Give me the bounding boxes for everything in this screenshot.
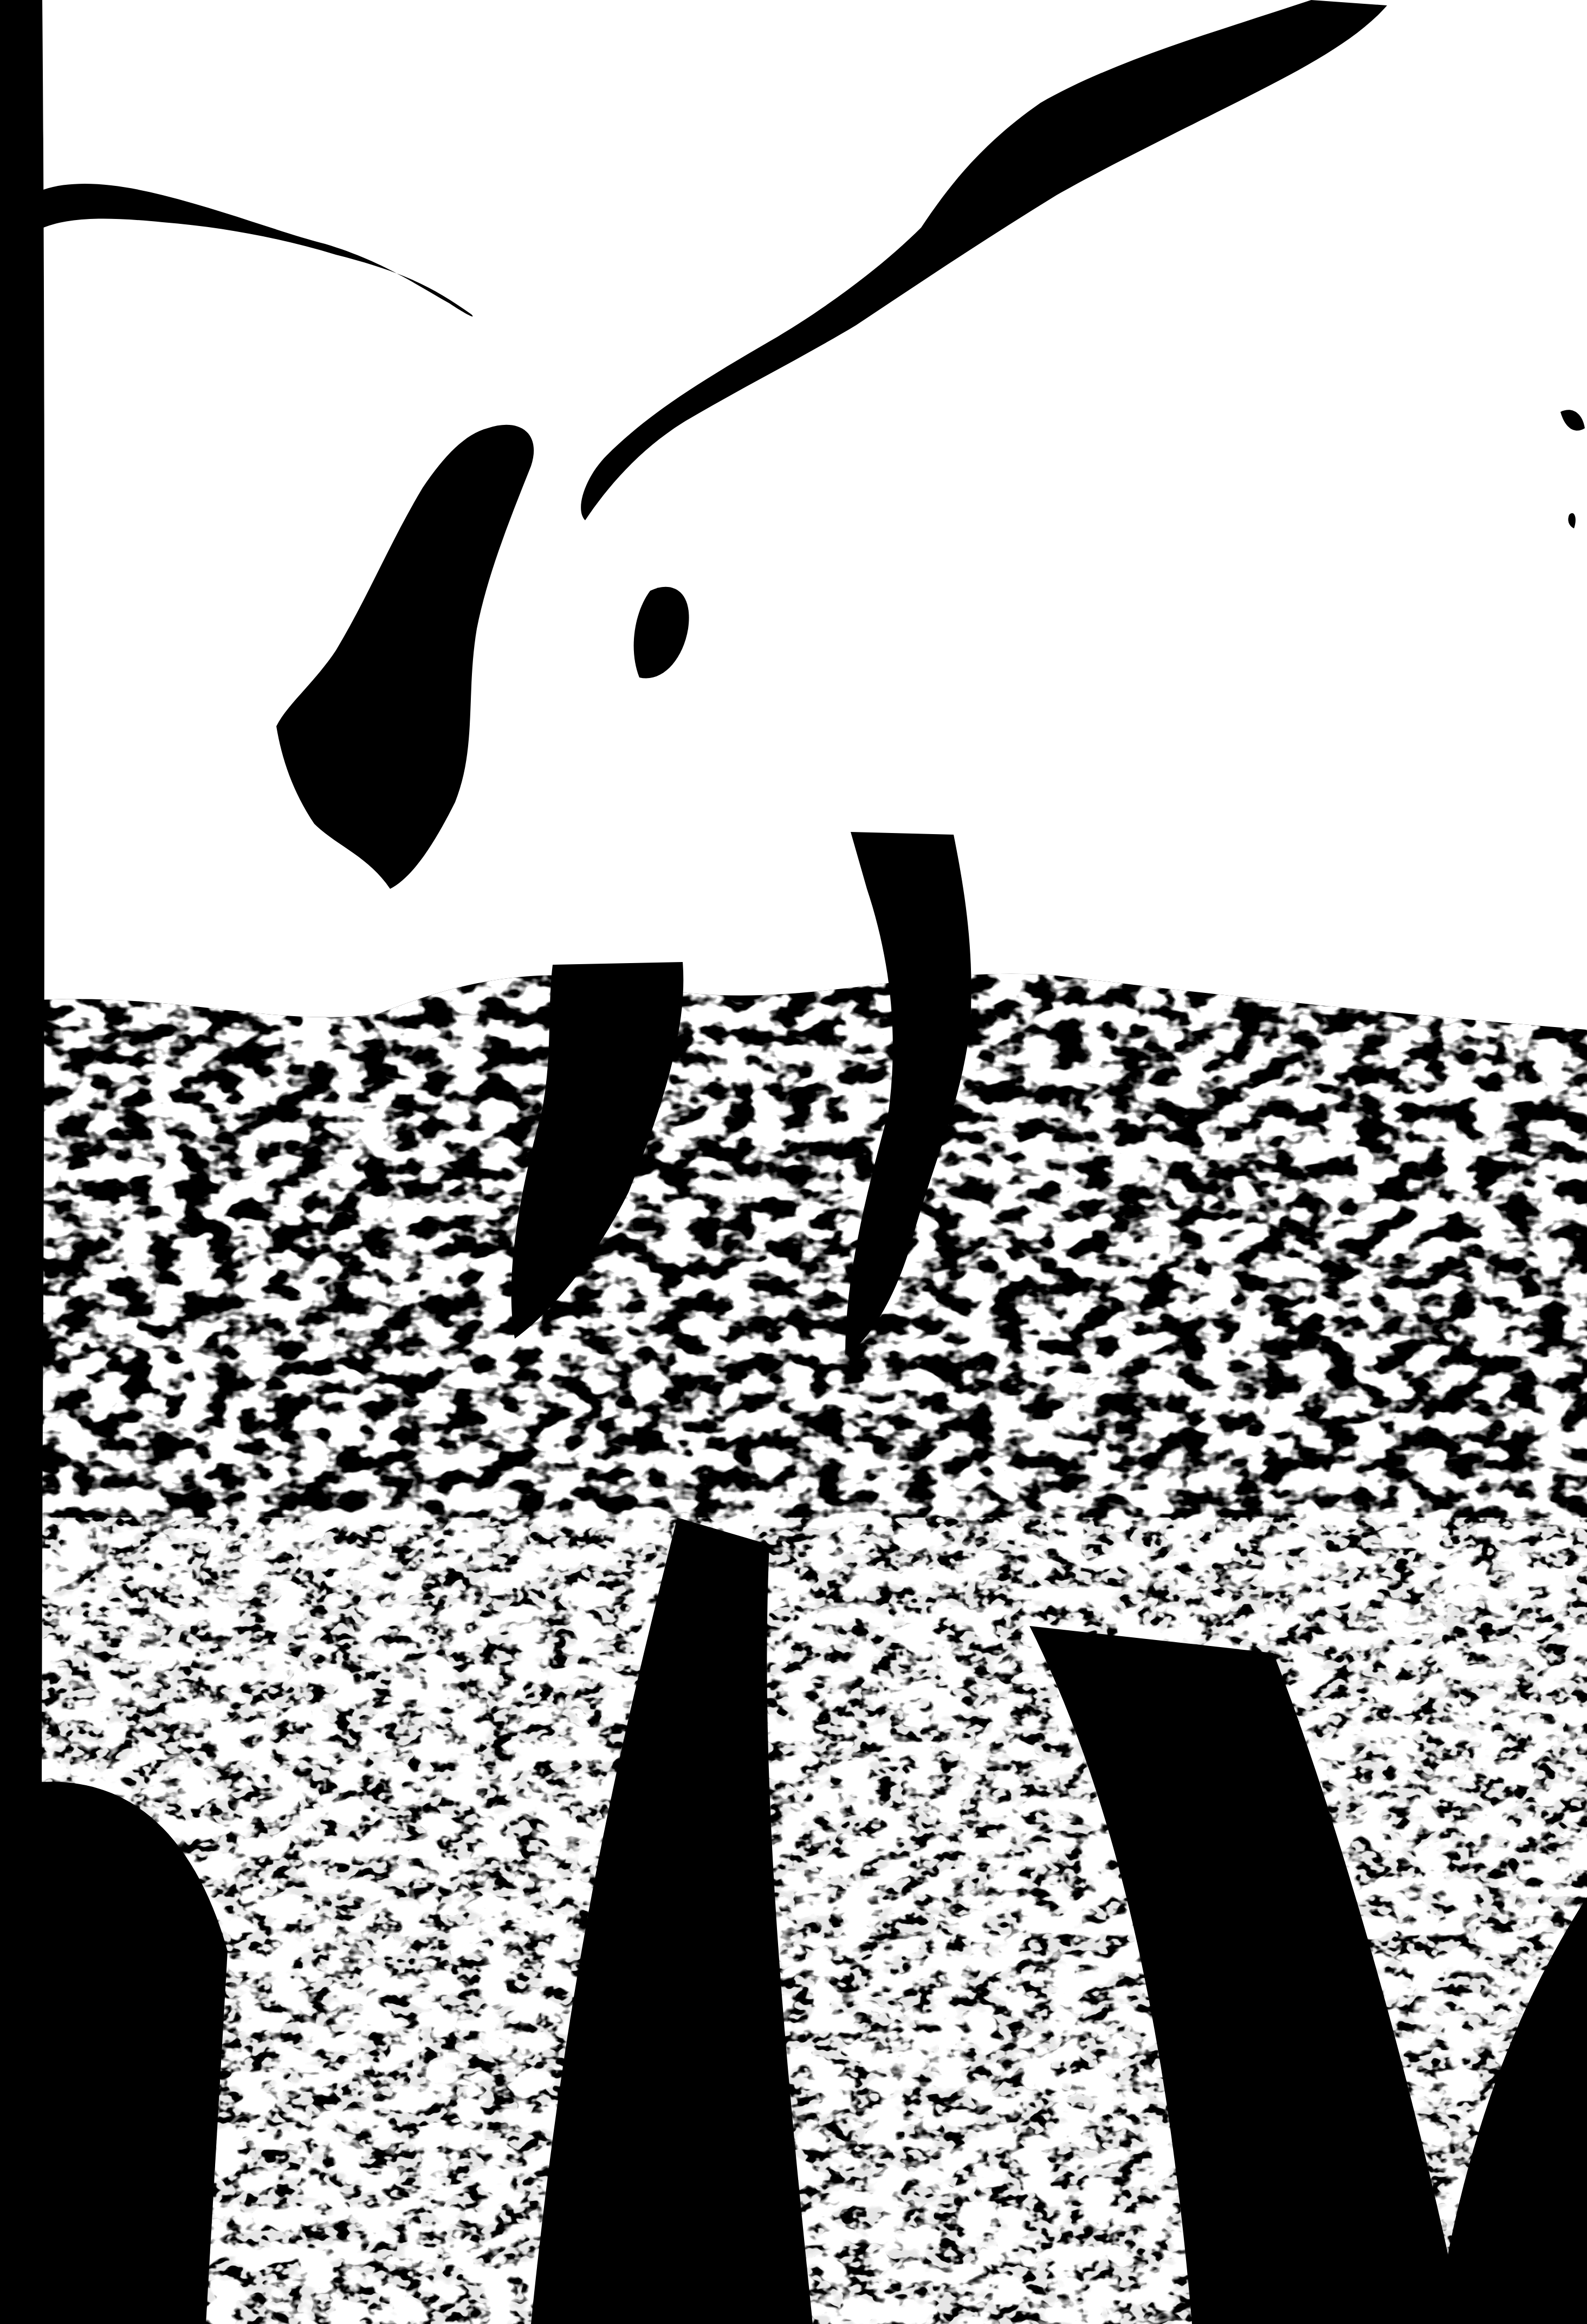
photo-scene: Silhouette of a dark vertical pole on th… xyxy=(0,0,1587,2324)
foliage-texture xyxy=(0,948,1587,2324)
pole xyxy=(0,0,44,2324)
silhouette-photo xyxy=(0,0,1587,2324)
